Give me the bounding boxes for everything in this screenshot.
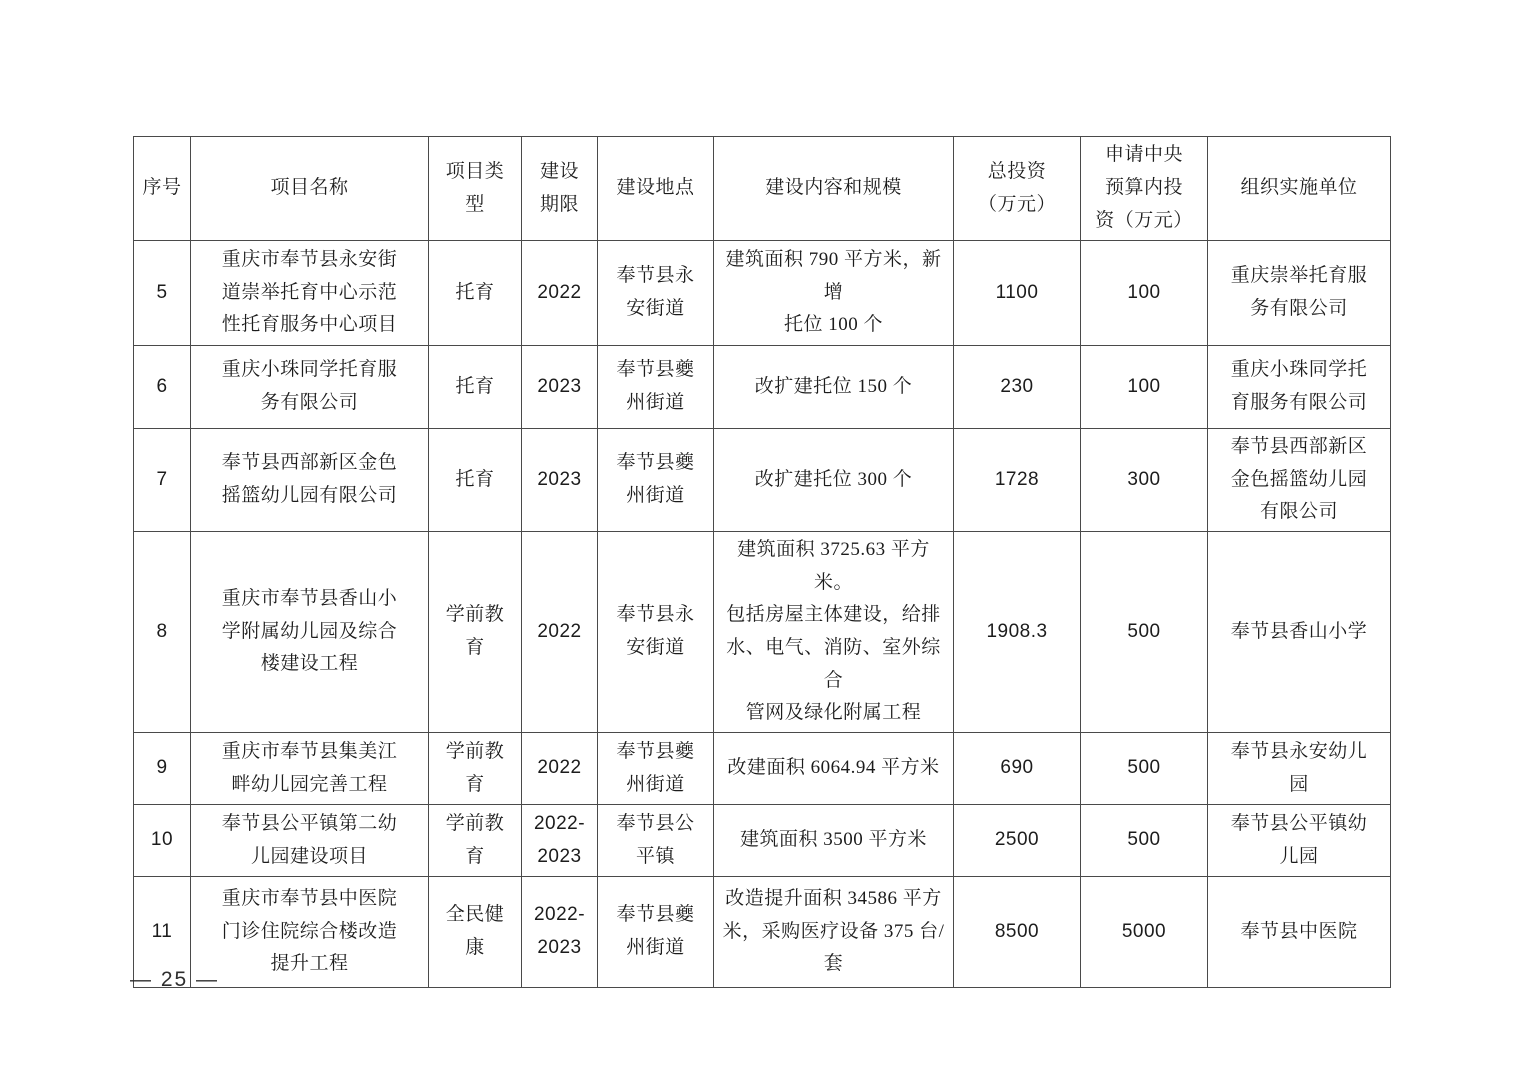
total-investment-cell: 1908.3: [954, 532, 1081, 733]
header-project-name: 项目名称: [191, 137, 429, 241]
total-investment-cell: 2500: [954, 805, 1081, 877]
table-row: 10 奉节县公平镇第二幼 儿园建设项目 学前教 育 2022- 2023 奉节县…: [134, 805, 1391, 877]
implementing-org-cell: 重庆小珠同学托 育服务有限公司: [1208, 346, 1391, 429]
project-type-cell: 全民健 康: [429, 877, 522, 988]
header-central-budget: 申请中央 预算内投 资（万元）: [1081, 137, 1208, 241]
location-cell: 奉节县永 安街道: [598, 532, 714, 733]
implementing-org-cell: 奉节县中医院: [1208, 877, 1391, 988]
content-scale-cell: 建筑面积 790 平方米，新增 托位 100 个: [714, 241, 954, 346]
central-budget-cell: 100: [1081, 241, 1208, 346]
content-scale-cell: 改建面积 6064.94 平方米: [714, 733, 954, 805]
period-cell: 2022- 2023: [522, 877, 598, 988]
total-investment-cell: 1728: [954, 429, 1081, 532]
total-investment-cell: 1100: [954, 241, 1081, 346]
content-scale-cell: 改扩建托位 150 个: [714, 346, 954, 429]
project-name-cell: 重庆市奉节县中医院 门诊住院综合楼改造 提升工程: [191, 877, 429, 988]
project-type-cell: 学前教 育: [429, 805, 522, 877]
table-row: 5 重庆市奉节县永安街 道崇举托育中心示范 性托育服务中心项目 托育 2022 …: [134, 241, 1391, 346]
project-name-cell: 奉节县西部新区金色 摇篮幼儿园有限公司: [191, 429, 429, 532]
header-location: 建设地点: [598, 137, 714, 241]
header-implementing-org: 组织实施单位: [1208, 137, 1391, 241]
table-row: 7 奉节县西部新区金色 摇篮幼儿园有限公司 托育 2023 奉节县夔 州街道 改…: [134, 429, 1391, 532]
total-investment-cell: 690: [954, 733, 1081, 805]
document-page: 序号 项目名称 项目类 型 建设 期限 建设地点 建设内容和规模 总投资 （万元…: [0, 0, 1520, 1074]
table-row: 8 重庆市奉节县香山小 学附属幼儿园及综合 楼建设工程 学前教 育 2022 奉…: [134, 532, 1391, 733]
header-project-type: 项目类 型: [429, 137, 522, 241]
total-investment-cell: 230: [954, 346, 1081, 429]
project-name-cell: 重庆小珠同学托育服 务有限公司: [191, 346, 429, 429]
project-type-cell: 托育: [429, 241, 522, 346]
serial-cell: 8: [134, 532, 191, 733]
location-cell: 奉节县夔 州街道: [598, 346, 714, 429]
project-name-cell: 重庆市奉节县集美江 畔幼儿园完善工程: [191, 733, 429, 805]
implementing-org-cell: 奉节县公平镇幼 儿园: [1208, 805, 1391, 877]
project-name-cell: 奉节县公平镇第二幼 儿园建设项目: [191, 805, 429, 877]
implementing-org-cell: 奉节县永安幼儿 园: [1208, 733, 1391, 805]
content-scale-cell: 改扩建托位 300 个: [714, 429, 954, 532]
content-scale-cell: 建筑面积 3500 平方米: [714, 805, 954, 877]
project-type-cell: 托育: [429, 346, 522, 429]
table-row: 11 重庆市奉节县中医院 门诊住院综合楼改造 提升工程 全民健 康 2022- …: [134, 877, 1391, 988]
central-budget-cell: 5000: [1081, 877, 1208, 988]
table-row: 6 重庆小珠同学托育服 务有限公司 托育 2023 奉节县夔 州街道 改扩建托位…: [134, 346, 1391, 429]
location-cell: 奉节县夔 州街道: [598, 877, 714, 988]
project-type-cell: 学前教 育: [429, 733, 522, 805]
total-investment-cell: 8500: [954, 877, 1081, 988]
period-cell: 2022: [522, 241, 598, 346]
page-number: — 25 —: [130, 968, 219, 992]
header-period: 建设 期限: [522, 137, 598, 241]
project-name-cell: 重庆市奉节县香山小 学附属幼儿园及综合 楼建设工程: [191, 532, 429, 733]
project-table: 序号 项目名称 项目类 型 建设 期限 建设地点 建设内容和规模 总投资 （万元…: [133, 136, 1391, 988]
central-budget-cell: 100: [1081, 346, 1208, 429]
serial-cell: 10: [134, 805, 191, 877]
period-cell: 2023: [522, 429, 598, 532]
central-budget-cell: 300: [1081, 429, 1208, 532]
period-cell: 2022: [522, 733, 598, 805]
period-cell: 2022: [522, 532, 598, 733]
serial-cell: 6: [134, 346, 191, 429]
period-cell: 2023: [522, 346, 598, 429]
location-cell: 奉节县夔 州街道: [598, 429, 714, 532]
central-budget-cell: 500: [1081, 532, 1208, 733]
central-budget-cell: 500: [1081, 805, 1208, 877]
implementing-org-cell: 奉节县香山小学: [1208, 532, 1391, 733]
header-row: 序号 项目名称 项目类 型 建设 期限 建设地点 建设内容和规模 总投资 （万元…: [134, 137, 1391, 241]
header-serial: 序号: [134, 137, 191, 241]
header-total-investment: 总投资 （万元）: [954, 137, 1081, 241]
project-name-cell: 重庆市奉节县永安街 道崇举托育中心示范 性托育服务中心项目: [191, 241, 429, 346]
location-cell: 奉节县夔 州街道: [598, 733, 714, 805]
central-budget-cell: 500: [1081, 733, 1208, 805]
implementing-org-cell: 重庆崇举托育服 务有限公司: [1208, 241, 1391, 346]
location-cell: 奉节县永 安街道: [598, 241, 714, 346]
implementing-org-cell: 奉节县西部新区 金色摇篮幼儿园 有限公司: [1208, 429, 1391, 532]
serial-cell: 7: [134, 429, 191, 532]
serial-cell: 9: [134, 733, 191, 805]
content-scale-cell: 建筑面积 3725.63 平方米。 包括房屋主体建设，给排 水、电气、消防、室外…: [714, 532, 954, 733]
project-type-cell: 学前教 育: [429, 532, 522, 733]
period-cell: 2022- 2023: [522, 805, 598, 877]
location-cell: 奉节县公 平镇: [598, 805, 714, 877]
project-type-cell: 托育: [429, 429, 522, 532]
serial-cell: 5: [134, 241, 191, 346]
header-content-scale: 建设内容和规模: [714, 137, 954, 241]
table-row: 9 重庆市奉节县集美江 畔幼儿园完善工程 学前教 育 2022 奉节县夔 州街道…: [134, 733, 1391, 805]
content-scale-cell: 改造提升面积 34586 平方 米，采购医疗设备 375 台/ 套: [714, 877, 954, 988]
